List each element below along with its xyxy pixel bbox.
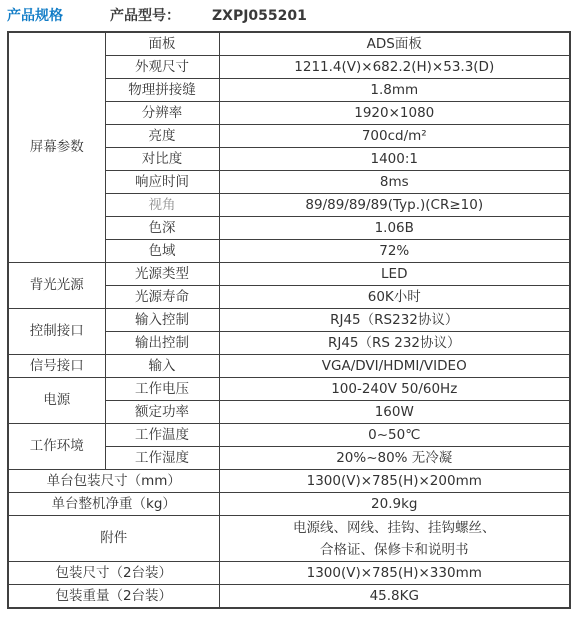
summary-label-package-size-single: 单台包装尺寸（mm）	[8, 470, 219, 493]
spec-value: 8ms	[219, 171, 570, 194]
table-row: 工作环境 工作温度 0~50℃	[8, 424, 570, 447]
spec-value: ADS面板	[219, 32, 570, 56]
page-header: 产品规格 产品型号： ZXPJ055201	[0, 7, 585, 29]
table-row: 附件 电源线、网线、挂钩、挂钩螺丝、 合格证、保修卡和说明书	[8, 516, 570, 562]
model-number-label: 产品型号：	[110, 7, 180, 25]
spec-value: RJ45（RS 232协议）	[219, 332, 570, 355]
table-row: 控制接口 输入控制 RJ45（RS232协议）	[8, 309, 570, 332]
summary-label-net-weight-single: 单台整机净重（kg）	[8, 493, 219, 516]
spec-value: 72%	[219, 240, 570, 263]
summary-value: 1300(V)×785(H)×330mm	[219, 562, 570, 585]
table-row: 屏幕参数 面板 ADS面板	[8, 32, 570, 56]
summary-label-package-size-double: 包装尺寸（2台装）	[8, 562, 219, 585]
group-cell-screen-params: 屏幕参数	[8, 32, 105, 263]
spec-value: VGA/DVI/HDMI/VIDEO	[219, 355, 570, 378]
model-number-value: ZXPJ055201	[212, 7, 307, 25]
spec-label: 光源寿命	[105, 286, 219, 309]
summary-value-accessories: 电源线、网线、挂钩、挂钩螺丝、 合格证、保修卡和说明书	[219, 516, 570, 562]
summary-label-accessories: 附件	[8, 516, 219, 562]
spec-value: 1.8mm	[219, 79, 570, 102]
group-cell-signal-interface: 信号接口	[8, 355, 105, 378]
spec-label: 光源类型	[105, 263, 219, 286]
spec-value: 1400:1	[219, 148, 570, 171]
spec-label: 输出控制	[105, 332, 219, 355]
accessories-line-1: 电源线、网线、挂钩、挂钩螺丝、	[222, 517, 568, 539]
spec-label: 外观尺寸	[105, 56, 219, 79]
table-row: 信号接口 输入 VGA/DVI/HDMI/VIDEO	[8, 355, 570, 378]
summary-value: 20.9kg	[219, 493, 570, 516]
spec-value: LED	[219, 263, 570, 286]
spec-label: 亮度	[105, 125, 219, 148]
spec-label: 物理拼接缝	[105, 79, 219, 102]
spec-label: 视角	[105, 194, 219, 217]
spec-value: RJ45（RS232协议）	[219, 309, 570, 332]
spec-label: 输入控制	[105, 309, 219, 332]
table-row: 背光光源 光源类型 LED	[8, 263, 570, 286]
spec-value: 1920×1080	[219, 102, 570, 125]
spec-label: 对比度	[105, 148, 219, 171]
page-title: 产品规格	[7, 7, 63, 25]
spec-value: 1.06B	[219, 217, 570, 240]
spec-value: 1211.4(V)×682.2(H)×53.3(D)	[219, 56, 570, 79]
accessories-line-2: 合格证、保修卡和说明书	[222, 539, 568, 561]
group-cell-environment: 工作环境	[8, 424, 105, 470]
spec-label: 工作电压	[105, 378, 219, 401]
spec-value: 89/89/89/89(Typ.)(CR≥10)	[219, 194, 570, 217]
spec-label: 响应时间	[105, 171, 219, 194]
table-row: 电源 工作电压 100-240V 50/60Hz	[8, 378, 570, 401]
spec-value: 100-240V 50/60Hz	[219, 378, 570, 401]
spec-value: 700cd/m²	[219, 125, 570, 148]
spec-label: 色域	[105, 240, 219, 263]
table-row: 包装尺寸（2台装） 1300(V)×785(H)×330mm	[8, 562, 570, 585]
spec-label: 工作湿度	[105, 447, 219, 470]
spec-value: 20%~80% 无冷凝	[219, 447, 570, 470]
group-cell-backlight: 背光光源	[8, 263, 105, 309]
group-cell-power: 电源	[8, 378, 105, 424]
spec-label: 面板	[105, 32, 219, 56]
table-row: 单台包装尺寸（mm） 1300(V)×785(H)×200mm	[8, 470, 570, 493]
spec-label: 色深	[105, 217, 219, 240]
group-cell-control-interface: 控制接口	[8, 309, 105, 355]
spec-value: 160W	[219, 401, 570, 424]
spec-label: 输入	[105, 355, 219, 378]
summary-value: 1300(V)×785(H)×200mm	[219, 470, 570, 493]
spec-table: 屏幕参数 面板 ADS面板 外观尺寸 1211.4(V)×682.2(H)×53…	[7, 31, 571, 609]
spec-value: 0~50℃	[219, 424, 570, 447]
spec-sheet-page: 产品规格 产品型号： ZXPJ055201 屏幕参数 面板 ADS面板 外观尺寸…	[0, 0, 585, 629]
table-row: 单台整机净重（kg） 20.9kg	[8, 493, 570, 516]
table-row: 包装重量（2台装） 45.8KG	[8, 585, 570, 609]
spec-label: 分辨率	[105, 102, 219, 125]
spec-label: 额定功率	[105, 401, 219, 424]
spec-label: 工作温度	[105, 424, 219, 447]
summary-label-package-weight-double: 包装重量（2台装）	[8, 585, 219, 609]
spec-value: 60K小时	[219, 286, 570, 309]
summary-value: 45.8KG	[219, 585, 570, 609]
